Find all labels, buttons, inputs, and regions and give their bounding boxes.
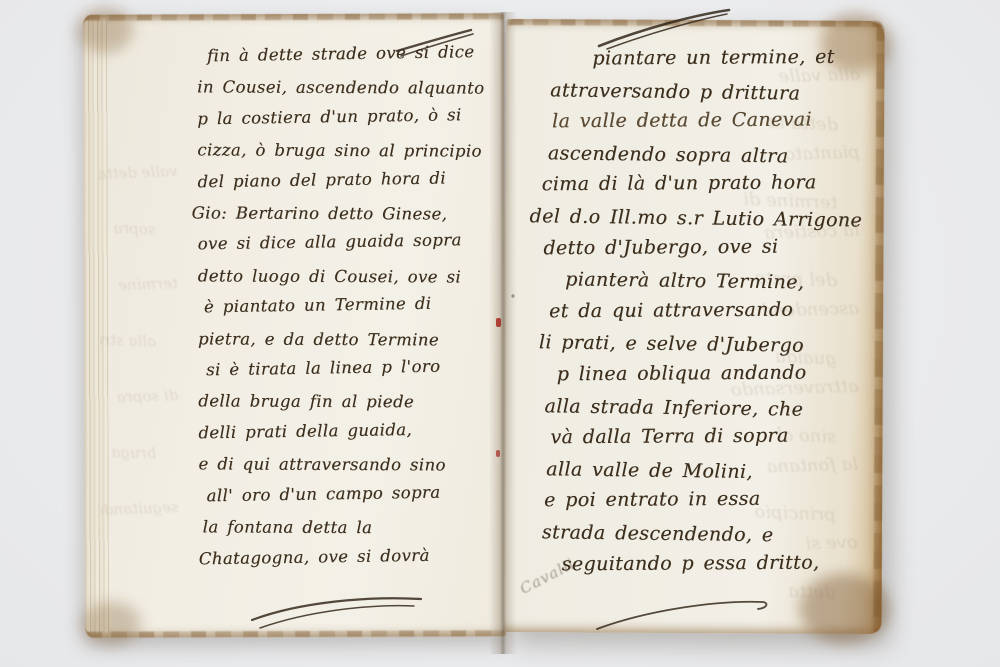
show-through-text: valle dettasopraterminealla stradadi sop… [99,144,187,604]
handwritten-line: Chatagogna, ove si dovrà [199,538,499,574]
handwritten-line: detto d'Jubergo, ove si [543,230,873,264]
handwritten-line: del piano del prato hora di [197,161,497,197]
left-page-text: fin à dette strade ove si dicein Cousei,… [197,39,499,574]
handwritten-line: e poi entrato in essa [544,483,872,517]
right-page: alla valledetta lapiantatotermine dila c… [503,19,884,634]
show-through-line: termine [99,255,179,314]
handwritten-line: piantare un termine, et [592,41,874,75]
handwritten-line: si è tirata la linea p l'oro [206,350,498,386]
stitch-mark [496,318,501,327]
handwritten-line: all' oro d'un campo sopra [206,475,498,511]
show-through-line: di sopra [99,367,179,426]
handwritten-line: è piantato un Termine di [204,287,498,323]
deckled-top-edge [85,13,502,20]
stitch-mark [496,450,500,457]
page-stack-edge [83,19,109,634]
deckled-fore-edge [873,23,884,632]
handwritten-line: delli prati della guaida, [198,413,498,449]
show-through-line: sopra [99,200,156,258]
handwritten-line: fin à dette strade ove si dice [207,36,497,72]
deckled-top-edge [509,19,883,27]
show-through-line: seguitando [100,479,180,538]
handwritten-line: p linea obliqua andando [557,357,873,391]
handwritten-line: cima di là d'un prato hora [542,167,874,201]
handwritten-line: la valle detta de Canevai [552,104,874,138]
photograph-background: valle dettasopraterminealla stradadi sop… [0,0,1000,667]
handwritten-line: seguitando p essa dritto, [562,547,872,581]
handwritten-line: et da qui attraversando [549,294,873,328]
page-gutter [489,12,517,654]
handwritten-line: ove si dice alla guaida sopra [197,224,497,260]
left-page: valle dettasopraterminealla stradadi sop… [83,13,506,637]
right-page-text: piantare un termine, etattraversando p d… [528,43,875,582]
handwritten-line: p la costiera d'un prato, ò si [197,98,497,134]
show-through-line: valle detta [99,144,178,202]
deckled-bottom-edge [87,630,504,637]
handwritten-line: và dalla Terra di sopra [550,420,872,454]
